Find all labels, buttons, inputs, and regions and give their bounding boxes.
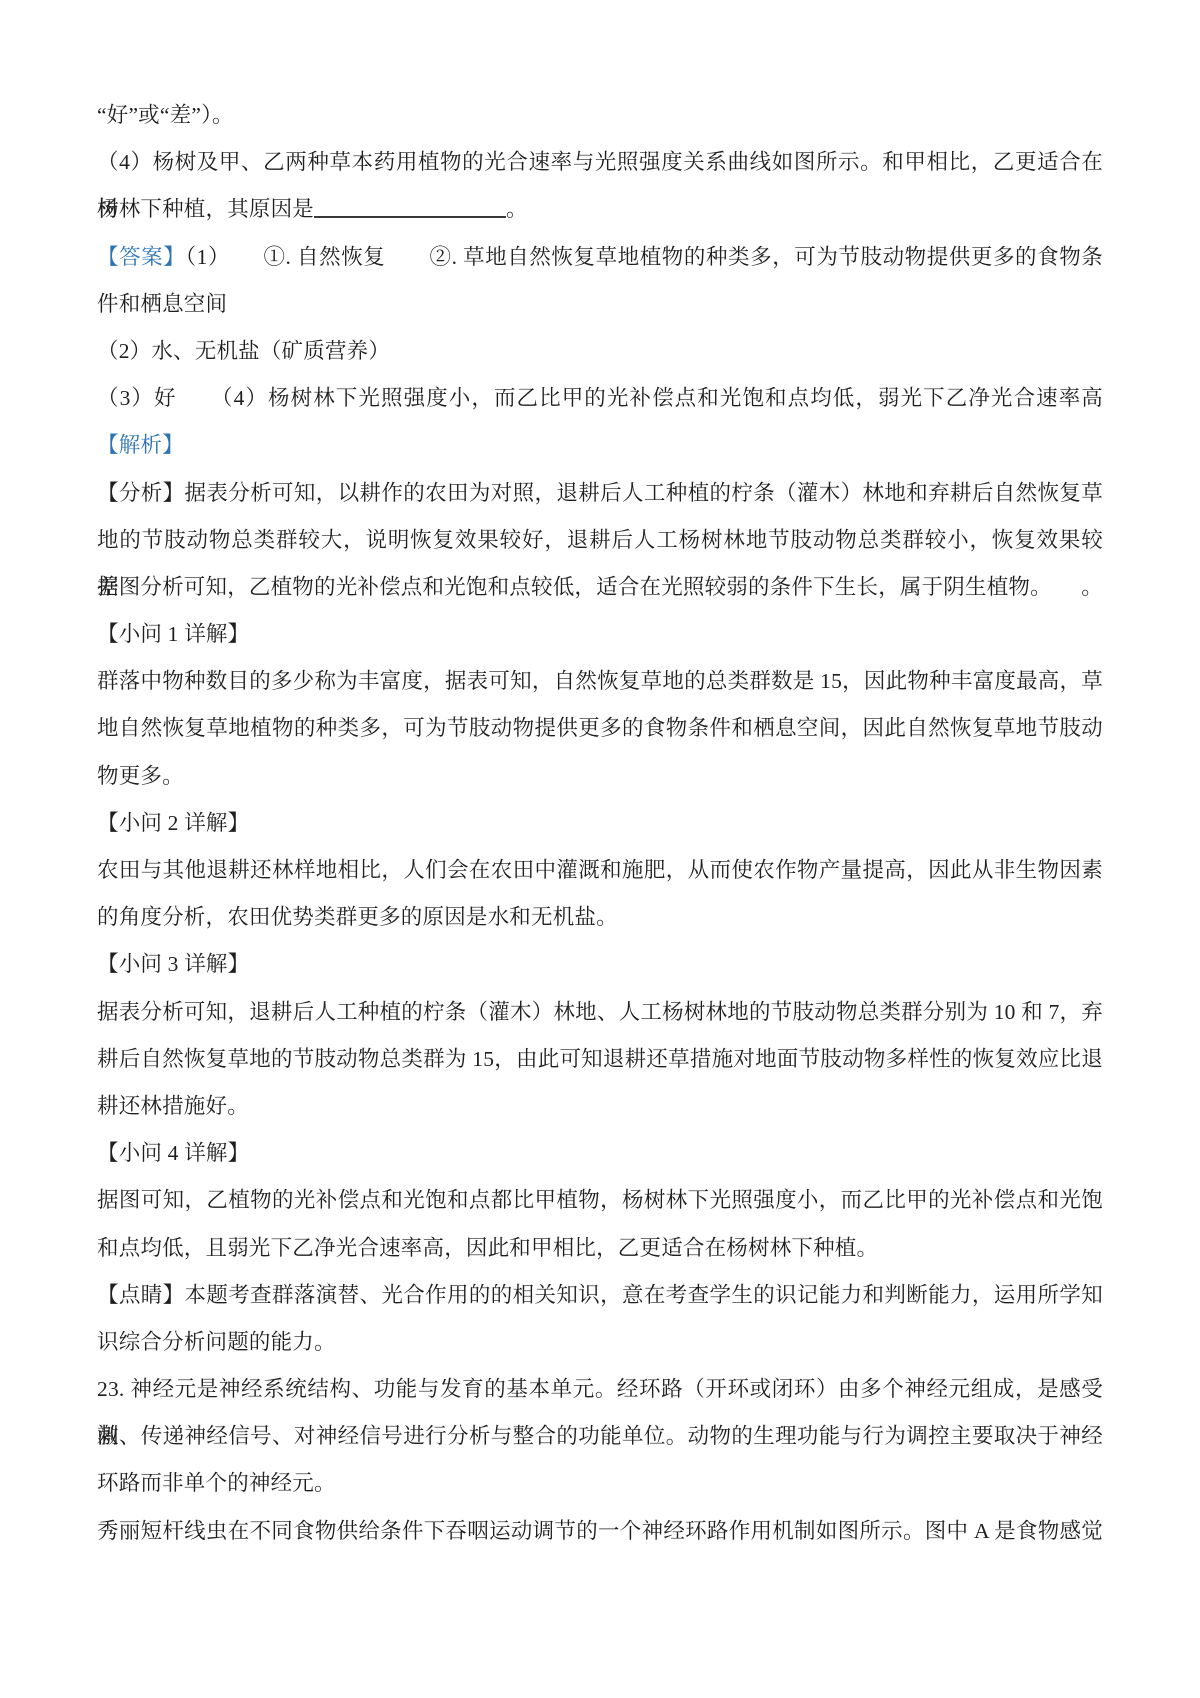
text-segment: 农田与其他退耕还林样地相比，人们会在农田中灌溉和施肥，从而使农作物产量提高，因此… xyxy=(97,858,1103,882)
text-segment: 环路而非单个的神经元。 xyxy=(97,1471,336,1495)
text-segment: 秀丽短杆线虫在不同食物供给条件下吞咽运动调节的一个神经环路作用机制如图所示。图中… xyxy=(97,1519,1103,1543)
text-segment: 识综合分析问题的能力。 xyxy=(97,1330,336,1354)
document-text: “好”或“差”）。（4）杨树及甲、乙两种草本药用植物的光合速率与光照强度关系曲线… xyxy=(0,0,1200,1555)
question-4-blank-line: 树林下种植，其原因是。 xyxy=(97,186,1103,233)
analysis-line-2: 地的节肢动物总类群较大，说明恢复效果较好，退耕后人工杨树林地节肢动物总类群较小，… xyxy=(97,517,1103,564)
summary-line-1: 【点睛】本题考查群落演替、光合作用的的相关知识，意在考查学生的识记能力和判断能力… xyxy=(97,1272,1103,1319)
text-segment: 。 xyxy=(506,197,528,221)
text-segment: 群落中物种数目的多少称为丰富度，据表可知，自然恢复草地的总类群数是 15，因此物… xyxy=(97,669,1103,693)
subquestion-3-header: 【小问 3 详解】 xyxy=(97,941,1103,988)
subquestion-2-header: 【小问 2 详解】 xyxy=(97,800,1103,847)
summary-line-2: 识综合分析问题的能力。 xyxy=(97,1319,1103,1366)
text-segment: 地自然恢复草地植物的种类多，可为节肢动物提供更多的食物条件和栖息空间，因此自然恢… xyxy=(97,716,1103,740)
text-segment: 据图可知，乙植物的光补偿点和光饱和点都比甲植物，杨树林下光照强度小，而乙比甲的光… xyxy=(97,1188,1103,1212)
text-segment: （1） ①. 自然恢复 ②. 草地自然恢复草地植物的种类多，可为节肢动物提供更多… xyxy=(185,245,1103,269)
subquestion-3-line-2: 耕后自然恢复草地的节肢动物总类群为 15，由此可知退耕还草措施对地面节肢动物多样… xyxy=(97,1036,1103,1083)
question-23-line-4: 秀丽短杆线虫在不同食物供给条件下吞咽运动调节的一个神经环路作用机制如图所示。图中… xyxy=(97,1508,1103,1555)
analysis-line-1: 【分析】据表分析可知，以耕作的农田为对照，退耕后人工种植的柠条（灌木）林地和弃耕… xyxy=(97,470,1103,517)
question-tail-line: “好”或“差”）。 xyxy=(97,92,1103,139)
analysis-line-3: 据图分析可知，乙植物的光补偿点和光饱和点较低，适合在光照较弱的条件下生长，属于阴… xyxy=(97,564,1103,611)
text-segment: （2）水、无机盐（矿质营养） xyxy=(97,339,390,363)
text-segment: “好”或“差”）。 xyxy=(97,103,234,127)
subquestion-3-line-3: 耕还林措施好。 xyxy=(97,1083,1103,1130)
text-segment: 【小问 1 详解】 xyxy=(97,622,249,646)
analysis-label: 【解析】 xyxy=(97,433,184,457)
subquestion-4-header: 【小问 4 详解】 xyxy=(97,1130,1103,1177)
answer-blank xyxy=(314,195,506,219)
text-segment: 【小问 2 详解】 xyxy=(97,811,249,835)
subquestion-4-line-1: 据图可知，乙植物的光补偿点和光饱和点都比甲植物，杨树林下光照强度小，而乙比甲的光… xyxy=(97,1177,1103,1224)
text-segment: 耕还林措施好。 xyxy=(97,1094,249,1118)
answer-label: 【答案】 xyxy=(97,245,185,269)
subquestion-1-line-1: 群落中物种数目的多少称为丰富度，据表可知，自然恢复草地的总类群数是 15，因此物… xyxy=(97,658,1103,705)
text-segment: 据图分析可知，乙植物的光补偿点和光饱和点较低，适合在光照较弱的条件下生长，属于阴… xyxy=(97,575,1052,599)
subquestion-2-line-1: 农田与其他退耕还林样地相比，人们会在农田中灌溉和施肥，从而使农作物产量提高，因此… xyxy=(97,847,1103,894)
question-23-line-1: 23. 神经元是神经系统结构、功能与发育的基本单元。经环路（开环或闭环）由多个神… xyxy=(97,1366,1103,1413)
document-page: “好”或“差”）。（4）杨树及甲、乙两种草本药用植物的光合速率与光照强度关系曲线… xyxy=(0,0,1200,1698)
text-segment: 树林下种植，其原因是 xyxy=(97,197,314,221)
analysis-header: 【解析】 xyxy=(97,422,1103,469)
question-4-line: （4）杨树及甲、乙两种草本药用植物的光合速率与光照强度关系曲线如图所示。和甲相比… xyxy=(97,139,1103,186)
text-segment: 【小问 4 详解】 xyxy=(97,1141,249,1165)
text-segment: 的角度分析，农田优势类群更多的原因是水和无机盐。 xyxy=(97,905,618,929)
subquestion-3-line-1: 据表分析可知，退耕后人工种植的柠条（灌木）林地、人工杨树林地的节肢动物总类群分别… xyxy=(97,989,1103,1036)
subquestion-1-line-3: 物更多。 xyxy=(97,753,1103,800)
text-segment: 【点睛】本题考查群落演替、光合作用的的相关知识，意在考查学生的识记能力和判断能力… xyxy=(97,1283,1103,1307)
answer-line-4: （3）好 （4）杨树林下光照强度小，而乙比甲的光补偿点和光饱和点均低，弱光下乙净… xyxy=(97,375,1103,422)
text-segment: （3）好 （4）杨树林下光照强度小，而乙比甲的光补偿点和光饱和点均低，弱光下乙净… xyxy=(97,386,1103,410)
text-segment: 激、传递神经信号、对神经信号进行分析与整合的功能单位。动物的生理功能与行为调控主… xyxy=(97,1424,1103,1448)
text-segment: 据表分析可知，退耕后人工种植的柠条（灌木）林地、人工杨树林地的节肢动物总类群分别… xyxy=(97,1000,1103,1024)
subquestion-2-line-2: 的角度分析，农田优势类群更多的原因是水和无机盐。 xyxy=(97,894,1103,941)
question-23-line-3: 环路而非单个的神经元。 xyxy=(97,1460,1103,1507)
answer-line: 【答案】（1） ①. 自然恢复 ②. 草地自然恢复草地植物的种类多，可为节肢动物… xyxy=(97,234,1103,281)
subquestion-4-line-2: 和点均低，且弱光下乙净光合速率高，因此和甲相比，乙更适合在杨树林下种植。 xyxy=(97,1225,1103,1272)
question-23-line-2: 激、传递神经信号、对神经信号进行分析与整合的功能单位。动物的生理功能与行为调控主… xyxy=(97,1413,1103,1460)
text-segment: 耕后自然恢复草地的节肢动物总类群为 15，由此可知退耕还草措施对地面节肢动物多样… xyxy=(97,1047,1103,1071)
text-segment: 【分析】据表分析可知，以耕作的农田为对照，退耕后人工种植的柠条（灌木）林地和弃耕… xyxy=(97,481,1103,505)
answer-line-2: 件和栖息空间 xyxy=(97,281,1103,328)
text-segment: 件和栖息空间 xyxy=(97,292,227,316)
text-segment: 和点均低，且弱光下乙净光合速率高，因此和甲相比，乙更适合在杨树林下种植。 xyxy=(97,1236,878,1260)
subquestion-1-line-2: 地自然恢复草地植物的种类多，可为节肢动物提供更多的食物条件和栖息空间，因此自然恢… xyxy=(97,705,1103,752)
text-segment: 物更多。 xyxy=(97,764,184,788)
subquestion-1-header: 【小问 1 详解】 xyxy=(97,611,1103,658)
text-segment: 【小问 3 详解】 xyxy=(97,952,249,976)
answer-line-3: （2）水、无机盐（矿质营养） xyxy=(97,328,1103,375)
